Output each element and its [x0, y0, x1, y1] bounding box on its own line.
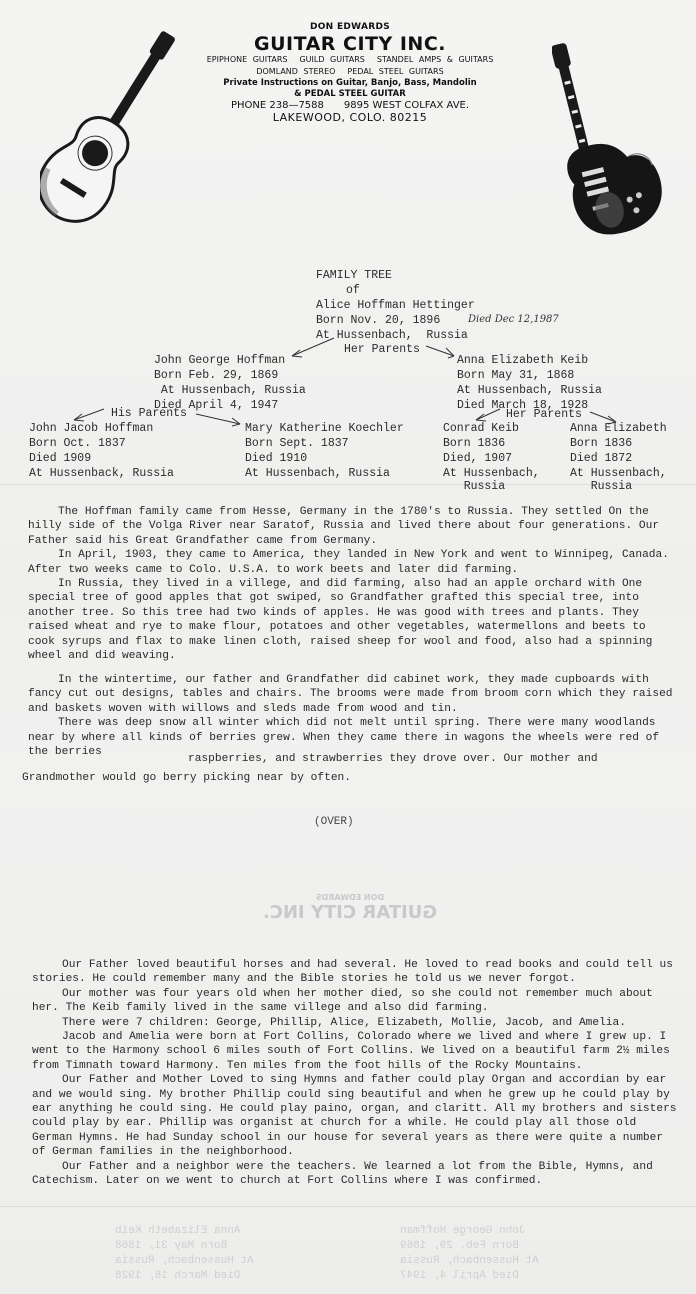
paragraph: Grandmother would go berry picking near …: [22, 771, 672, 785]
gp-name: Conrad Keib: [443, 421, 519, 436]
gp-place: At Hussenbach, Russia: [245, 466, 390, 481]
gp-died: Died 1909: [29, 451, 91, 466]
father-name: John George Hoffman: [154, 353, 285, 368]
paragraph: In April, 1903, they came to America, th…: [28, 548, 678, 577]
gp-born: Born Sept. 1837: [245, 436, 349, 451]
father-place: At Hussenbach, Russia: [154, 383, 306, 398]
ghost-father-place: At Hussenbach, Russia: [400, 1254, 545, 1269]
mother-name: Anna Elizabeth Keib: [457, 353, 588, 368]
paragraph: Our Father and Mother Loved to sing Hymn…: [32, 1073, 682, 1159]
ghost-father-name: John George Hoffman: [400, 1224, 525, 1239]
his-parents-label: His Parents: [111, 406, 187, 421]
reverse-letterhead-ghost: DON EDWARDS GUITAR CITY INC.: [170, 893, 530, 923]
paragraph: Our mother was four years old when her m…: [32, 987, 682, 1016]
gp-name: John Jacob Hoffman: [29, 421, 153, 436]
paragraph: In Russia, they lived in a villege, and …: [28, 577, 678, 663]
ghost-father-died: Died April 4, 1947: [400, 1269, 519, 1284]
paragraph: There were 7 children: George, Phillip, …: [32, 1016, 682, 1030]
gp-name: Anna Elizabeth: [570, 421, 667, 436]
gp-place: At Hussenback, Russia: [29, 466, 174, 481]
paragraph: In the wintertime, our father and Grandf…: [28, 673, 678, 716]
mother-place: At Hussenbach, Russia: [457, 383, 602, 398]
mother-born: Born May 31, 1868: [457, 368, 574, 383]
paragraph: Jacob and Amelia were born at Fort Colli…: [32, 1030, 682, 1073]
paragraph: Our Father loved beautiful horses and ha…: [32, 958, 682, 987]
her-parents-label-2: Her Parents: [506, 407, 582, 422]
page1-narrative-b: In the wintertime, our father and Grandf…: [28, 673, 678, 759]
fold-line: [0, 1206, 696, 1207]
gp-died: Died 1910: [245, 451, 307, 466]
paragraph: raspberries, and strawberries they drove…: [188, 752, 668, 766]
ghost-father-born: Born Feb. 29, 1869: [400, 1239, 519, 1254]
ghost-mother-place: At Hussenbach, Russia: [115, 1254, 254, 1269]
ghost-mother-born: Born May 31, 1868: [115, 1239, 227, 1254]
gp-place-2: Russia: [443, 479, 505, 494]
scanned-document: DON EDWARDS GUITAR CITY INC. EPIPHONE GU…: [0, 0, 696, 1294]
ghost-company: GUITAR CITY INC.: [170, 902, 530, 923]
paragraph: The Hoffman family came from Hesse, Germ…: [28, 505, 678, 548]
gp-died: Died, 1907: [443, 451, 512, 466]
ghost-mother-name: Anna Elizabeth Keib: [115, 1224, 240, 1239]
gp-name: Mary Katherine Koechler: [245, 421, 404, 436]
continuation-line-2: Grandmother would go berry picking near …: [22, 771, 672, 785]
gp-born: Born 1836: [443, 436, 505, 451]
gp-born: Born Oct. 1837: [29, 436, 126, 451]
ghost-owner: DON EDWARDS: [170, 893, 530, 902]
page1-narrative-a: The Hoffman family came from Hesse, Germ…: [28, 505, 678, 663]
ghost-mother-died: Died March 18, 1928: [115, 1269, 240, 1284]
gp-place-2: Russia: [570, 479, 632, 494]
over-label: (OVER): [314, 816, 354, 828]
page2-narrative: Our Father loved beautiful horses and ha…: [32, 958, 682, 1189]
gp-born: Born 1836: [570, 436, 632, 451]
father-born: Born Feb. 29, 1869: [154, 368, 278, 383]
gp-died: Died 1872: [570, 451, 632, 466]
paragraph: Our Father and a neighbor were the teach…: [32, 1160, 682, 1189]
continuation-line: raspberries, and strawberries they drove…: [188, 752, 668, 766]
